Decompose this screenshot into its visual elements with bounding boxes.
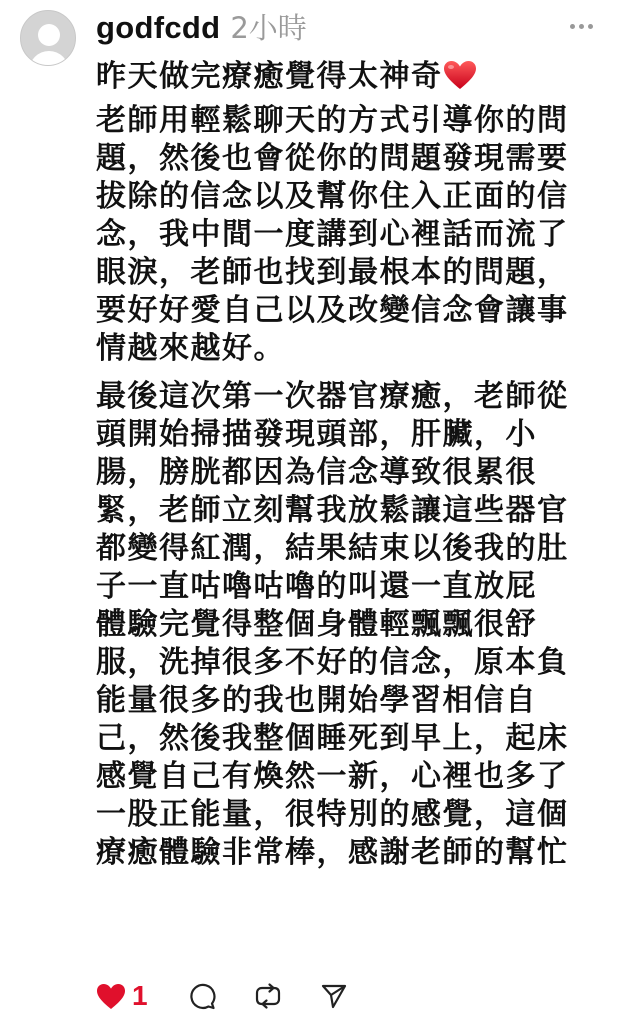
username[interactable]: godfcdd [96, 10, 220, 46]
text-line: 眼淚，老師也找到最根本的問題， [96, 254, 596, 292]
post-title-line: 昨天做完療癒覺得太神奇 [96, 58, 596, 96]
more-dot [579, 24, 584, 29]
text-line: 能量很多的我也開始學習相信自 [96, 682, 596, 720]
text-line: 老師用輕鬆聊天的方式引導你的問 [96, 102, 596, 140]
post-header: godfcdd 2小時 [96, 6, 307, 46]
more-horizontal-icon [570, 24, 575, 29]
text-line: 己，然後我整個睡死到早上，起床 [96, 720, 596, 758]
share-button[interactable] [320, 982, 348, 1010]
heart-filled-icon [96, 983, 126, 1010]
text-line: 拔除的信念以及幫你住入正面的信 [96, 178, 596, 216]
text-line: 療癒體驗非常棒，感謝老師的幫忙 [96, 834, 596, 872]
text-line: 緊，老師立刻幫我放鬆讓這些器官 [96, 492, 596, 530]
avatar-body-shape [29, 51, 69, 66]
more-options-button[interactable] [570, 24, 593, 29]
repost-icon [254, 982, 282, 1010]
text-line: 體驗完覺得整個身體輕飄飄很舒 [96, 606, 596, 644]
text-line: 子一直咕嚕咕嚕的叫還一直放屁 [96, 568, 596, 606]
post-body: 昨天做完療癒覺得太神奇 老師用輕鬆聊天的方式引導你的問 題，然後也會從你的問題發… [96, 58, 596, 882]
timestamp: 2小時 [230, 6, 306, 47]
text-line: 服，洗掉很多不好的信念，原本負 [96, 644, 596, 682]
text-line: 題，然後也會從你的問題發現需要 [96, 140, 596, 178]
text-line: 都變得紅潤，結果結束以後我的肚 [96, 530, 596, 568]
red-heart-emoji-icon [443, 60, 477, 90]
post-title: 昨天做完療癒覺得太神奇 [96, 59, 443, 94]
text-line: 要好好愛自己以及改變信念會讓事 [96, 292, 596, 330]
send-paper-plane-icon [320, 982, 348, 1010]
text-line: 念，我中間一度講到心裡話而流了 [96, 216, 596, 254]
post-actions: 1 [96, 980, 348, 1012]
paragraph-2: 最後這次第一次器官療癒，老師從 頭開始掃描發現頭部，肝臟，小 腸，膀胱都因為信念… [96, 378, 596, 872]
reply-button[interactable] [188, 982, 216, 1010]
text-line: 腸，膀胱都因為信念導致很累很 [96, 454, 596, 492]
repost-button[interactable] [254, 982, 282, 1010]
text-line: 情越來越好。 [96, 330, 596, 368]
text-line: 一股正能量，很特別的感覺，這個 [96, 796, 596, 834]
text-line: 感覺自己有煥然一新，心裡也多了 [96, 758, 596, 796]
more-dot [588, 24, 593, 29]
avatar[interactable] [20, 10, 76, 66]
default-avatar-icon [38, 24, 60, 46]
like-count: 1 [132, 980, 148, 1012]
comment-bubble-icon [188, 982, 216, 1010]
like-button[interactable]: 1 [96, 980, 148, 1012]
text-line: 頭開始掃描發現頭部，肝臟，小 [96, 416, 596, 454]
text-line: 最後這次第一次器官療癒，老師從 [96, 378, 596, 416]
paragraph-1: 老師用輕鬆聊天的方式引導你的問 題，然後也會從你的問題發現需要 拔除的信念以及幫… [96, 102, 596, 368]
